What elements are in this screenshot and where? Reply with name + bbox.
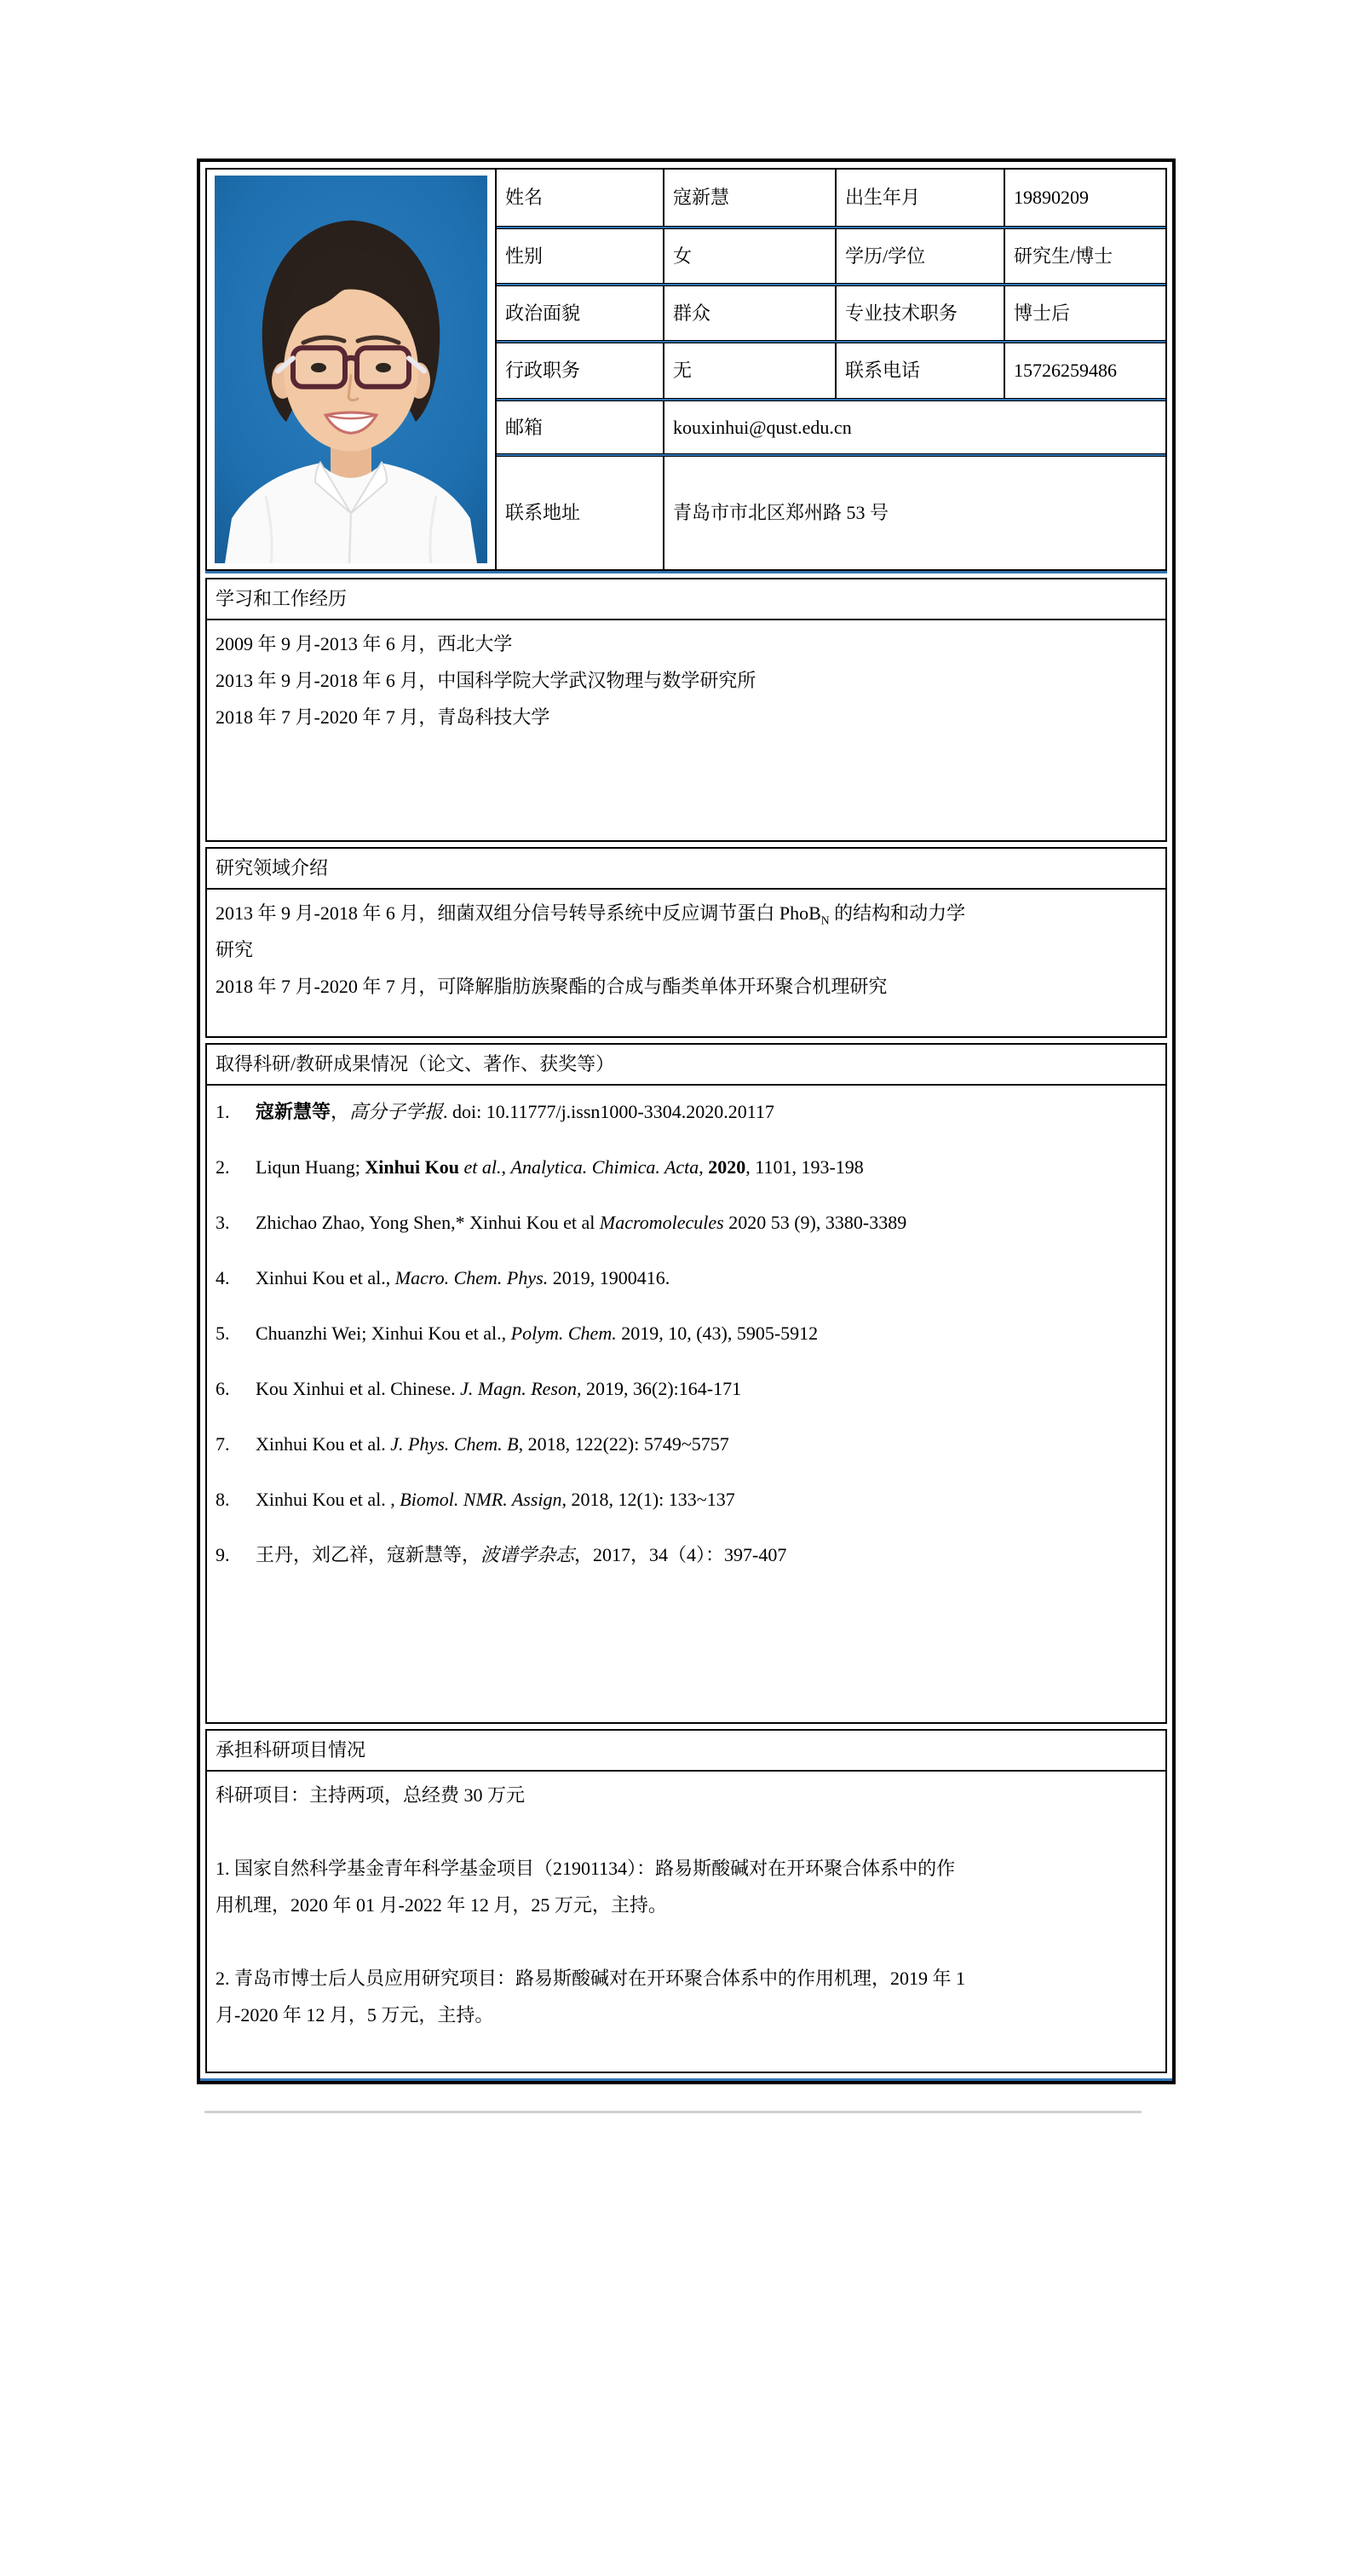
- section-research: 研究领域介绍 2013 年 9 月-2018 年 6 月，细菌双组分信号转导系统…: [205, 847, 1167, 1038]
- publication-text: Xinhui Kou et al. , Biomol. NMR. Assign,…: [256, 1482, 735, 1518]
- field-value-admin-post: 无: [663, 343, 835, 398]
- publication-text: Xinhui Kou et al. J. Phys. Chem. B, 2018…: [256, 1426, 729, 1462]
- publication-text: Xinhui Kou et al., Macro. Chem. Phys. 20…: [256, 1260, 670, 1296]
- text-segment: 波谱学杂志: [480, 1544, 574, 1565]
- text-segment: Xinhui Kou: [365, 1156, 459, 1178]
- field-value-address: 青岛市市北区郑州路 53 号: [663, 457, 1165, 569]
- text-segment: ,: [502, 1156, 511, 1178]
- text-segment: , 2018, 12(1): 133~137: [562, 1489, 735, 1510]
- section-projects-content: 科研项目：主持两项，总经费 30 万元 1. 国家自然科学基金青年科学基金项目（…: [207, 1772, 1165, 2072]
- text-line: 月-2020 年 12 月，5 万元，主持。: [216, 1997, 1155, 2033]
- publication-number: 5.: [216, 1316, 256, 1351]
- field-label-gender: 性别: [495, 229, 663, 283]
- publication-item: 1.寇新慧等，高分子学报. doi: 10.11777/j.issn1000-3…: [216, 1094, 1155, 1130]
- field-label-name: 姓名: [495, 170, 663, 226]
- text-line: 2018 年 7 月-2020 年 7 月，青岛科技大学: [216, 699, 1155, 735]
- field-label-birth: 出生年月: [835, 170, 1004, 226]
- text-segment: 2018 年 7 月-2020 年 7 月，可降解脂肪族聚酯的合成与酯类单体开环…: [216, 976, 887, 997]
- text-segment: 寇新慧等: [256, 1101, 331, 1122]
- text-line: 2. 青岛市博士后人员应用研究项目：路易斯酸碱对在开环聚合体系中的作用机理，20…: [216, 1960, 1155, 1997]
- publication-number: 8.: [216, 1482, 256, 1518]
- frame-bottom-accent: [200, 2078, 1172, 2081]
- text-segment: Zhichao Zhao, Yong Shen,* Xinhui Kou et …: [256, 1212, 600, 1233]
- text-segment: Xinhui Kou et al.: [256, 1433, 390, 1455]
- text-segment: Biomol. NMR. Assign: [400, 1489, 561, 1510]
- text-line: 2013 年 9 月-2018 年 6 月，中国科学院大学武汉物理与数学研究所: [216, 662, 1155, 699]
- text-segment: Polym. Chem.: [511, 1323, 617, 1344]
- section-publications: 取得科研/教研成果情况（论文、著作、获奖等） 1.寇新慧等，高分子学报. doi…: [205, 1043, 1167, 1724]
- text-segment: 研究: [216, 939, 253, 960]
- text-segment: Xinhui Kou et al. ,: [256, 1489, 400, 1510]
- text-segment: Liqun Huang;: [256, 1156, 365, 1178]
- text-segment: ，2017，34（4）：397-407: [574, 1544, 786, 1565]
- text-segment: 的结构和动力学: [830, 902, 966, 924]
- text-line: [216, 1813, 1155, 1850]
- field-value-birth: 19890209: [1004, 170, 1165, 226]
- publication-number: 9.: [216, 1537, 256, 1573]
- field-value-email: kouxinhui@qust.edu.cn: [663, 401, 1165, 453]
- publication-item: 3.Zhichao Zhao, Yong Shen,* Xinhui Kou e…: [216, 1205, 1155, 1241]
- text-segment: 2019, 36(2):164-171: [582, 1378, 742, 1399]
- text-segment: ,: [699, 1156, 708, 1178]
- publication-item: 5.Chuanzhi Wei; Xinhui Kou et al., Polym…: [216, 1316, 1155, 1351]
- text-segment: 2019, 1900416.: [548, 1267, 670, 1288]
- field-label-title: 专业技术职务: [835, 286, 1004, 340]
- text-segment: N: [821, 913, 830, 926]
- text-segment: Xinhui Kou et al.,: [256, 1267, 395, 1288]
- text-segment: J. Phys. Chem. B: [390, 1433, 518, 1455]
- field-value-name: 寇新慧: [663, 170, 835, 226]
- text-line: 用机理，2020 年 01 月-2022 年 12 月，25 万元，主持。: [216, 1887, 1155, 1923]
- field-label-email: 邮箱: [495, 401, 663, 453]
- publication-item: 9.王丹，刘乙祥，寇新慧等，波谱学杂志，2017，34（4）：397-407: [216, 1537, 1155, 1573]
- publication-number: 2.: [216, 1150, 256, 1185]
- text-line: 1. 国家自然科学基金青年科学基金项目（21901134）：路易斯酸碱对在开环聚…: [216, 1850, 1155, 1887]
- resume-frame: 姓名 寇新慧 出生年月 19890209 性别 女 学历/学位 研究生/博士 政…: [197, 158, 1176, 2084]
- field-label-address: 联系地址: [495, 457, 663, 569]
- publication-text: Kou Xinhui et al. Chinese. J. Magn. Reso…: [256, 1371, 741, 1407]
- text-segment: 高分子学报: [349, 1101, 443, 1122]
- field-label-admin-post: 行政职务: [495, 343, 663, 398]
- field-label-phone: 联系电话: [835, 343, 1004, 398]
- field-label-politics: 政治面貌: [495, 286, 663, 340]
- publication-number: 6.: [216, 1371, 256, 1407]
- publication-text: Zhichao Zhao, Yong Shen,* Xinhui Kou et …: [256, 1205, 906, 1241]
- field-label-degree: 学历/学位: [835, 229, 1004, 283]
- section-publications-title: 取得科研/教研成果情况（论文、著作、获奖等）: [207, 1045, 1165, 1086]
- field-value-title: 博士后: [1004, 286, 1165, 340]
- photo-cell: [207, 170, 495, 569]
- text-line: [216, 1923, 1155, 1960]
- text-line: 2013 年 9 月-2018 年 6 月，细菌双组分信号转导系统中反应调节蛋白…: [216, 895, 1155, 931]
- section-projects: 承担科研项目情况 科研项目：主持两项，总经费 30 万元 1. 国家自然科学基金…: [205, 1729, 1167, 2073]
- text-segment: , 1101, 193-198: [745, 1156, 864, 1178]
- field-value-degree: 研究生/博士: [1004, 229, 1165, 283]
- text-segment: . doi: 10.11777/j.issn1000-3304.2020.201…: [443, 1101, 774, 1122]
- text-segment: Analytica. Chimica. Acta: [511, 1156, 699, 1178]
- section-experience: 学习和工作经历 2009 年 9 月-2013 年 6 月，西北大学2013 年…: [205, 578, 1167, 842]
- publication-item: 8.Xinhui Kou et al. , Biomol. NMR. Assig…: [216, 1482, 1155, 1518]
- publication-number: 3.: [216, 1205, 256, 1241]
- text-segment: 2020 53 (9), 3380-3389: [724, 1212, 906, 1233]
- section-experience-content: 2009 年 9 月-2013 年 6 月，西北大学2013 年 9 月-201…: [207, 620, 1165, 840]
- publication-text: 寇新慧等，高分子学报. doi: 10.11777/j.issn1000-330…: [256, 1094, 774, 1130]
- publication-text: 王丹，刘乙祥，寇新慧等，波谱学杂志，2017，34（4）：397-407: [256, 1537, 786, 1573]
- publication-text: Chuanzhi Wei; Xinhui Kou et al., Polym. …: [256, 1316, 818, 1351]
- id-photo: [215, 176, 487, 563]
- text-segment: Macromolecules: [600, 1212, 724, 1233]
- section-publications-content: 1.寇新慧等，高分子学报. doi: 10.11777/j.issn1000-3…: [207, 1086, 1165, 1722]
- field-value-phone: 15726259486: [1004, 343, 1165, 398]
- section-experience-title: 学习和工作经历: [207, 579, 1165, 620]
- text-line: 2009 年 9 月-2013 年 6 月，西北大学: [216, 625, 1155, 662]
- footer-divider: [204, 2111, 1142, 2113]
- text-segment: Kou Xinhui et al. Chinese.: [256, 1378, 460, 1399]
- section-projects-title: 承担科研项目情况: [207, 1731, 1165, 1772]
- publication-number: 1.: [216, 1094, 256, 1130]
- text-line: 2018 年 7 月-2020 年 7 月，可降解脂肪族聚酯的合成与酯类单体开环…: [216, 968, 1155, 1005]
- publication-number: 4.: [216, 1260, 256, 1296]
- publication-item: 7.Xinhui Kou et al. J. Phys. Chem. B, 20…: [216, 1426, 1155, 1462]
- publication-item: 2.Liqun Huang; Xinhui Kou et al., Analyt…: [216, 1150, 1155, 1185]
- text-segment: Chuanzhi Wei; Xinhui Kou et al.,: [256, 1323, 511, 1344]
- text-segment: ，: [331, 1101, 349, 1122]
- text-line: 研究: [216, 931, 1155, 968]
- publication-item: 6.Kou Xinhui et al. Chinese. J. Magn. Re…: [216, 1371, 1155, 1407]
- profile-table: 姓名 寇新慧 出生年月 19890209 性别 女 学历/学位 研究生/博士 政…: [205, 168, 1167, 571]
- text-segment: Macro. Chem. Phys.: [395, 1267, 548, 1288]
- document-page: 姓名 寇新慧 出生年月 19890209 性别 女 学历/学位 研究生/博士 政…: [0, 0, 1346, 2576]
- text-segment: et al.: [464, 1156, 502, 1178]
- text-segment: 2020: [708, 1156, 745, 1178]
- text-segment: , 2018, 122(22): 5749~5757: [519, 1433, 729, 1455]
- text-segment: J. Magn. Reson,: [460, 1378, 581, 1399]
- text-segment: 2019, 10, (43), 5905-5912: [617, 1323, 818, 1344]
- text-line: 科研项目：主持两项，总经费 30 万元: [216, 1777, 1155, 1813]
- section-research-title: 研究领域介绍: [207, 849, 1165, 890]
- publication-item: 4.Xinhui Kou et al., Macro. Chem. Phys. …: [216, 1260, 1155, 1296]
- publication-number: 7.: [216, 1426, 256, 1462]
- section-research-content: 2013 年 9 月-2018 年 6 月，细菌双组分信号转导系统中反应调节蛋白…: [207, 890, 1165, 1036]
- publication-text: Liqun Huang; Xinhui Kou et al., Analytic…: [256, 1150, 864, 1185]
- text-segment: 王丹，刘乙祥，寇新慧等，: [256, 1544, 480, 1565]
- field-value-politics: 群众: [663, 286, 835, 340]
- field-value-gender: 女: [663, 229, 835, 283]
- text-segment: 2013 年 9 月-2018 年 6 月，细菌双组分信号转导系统中反应调节蛋白…: [216, 902, 821, 924]
